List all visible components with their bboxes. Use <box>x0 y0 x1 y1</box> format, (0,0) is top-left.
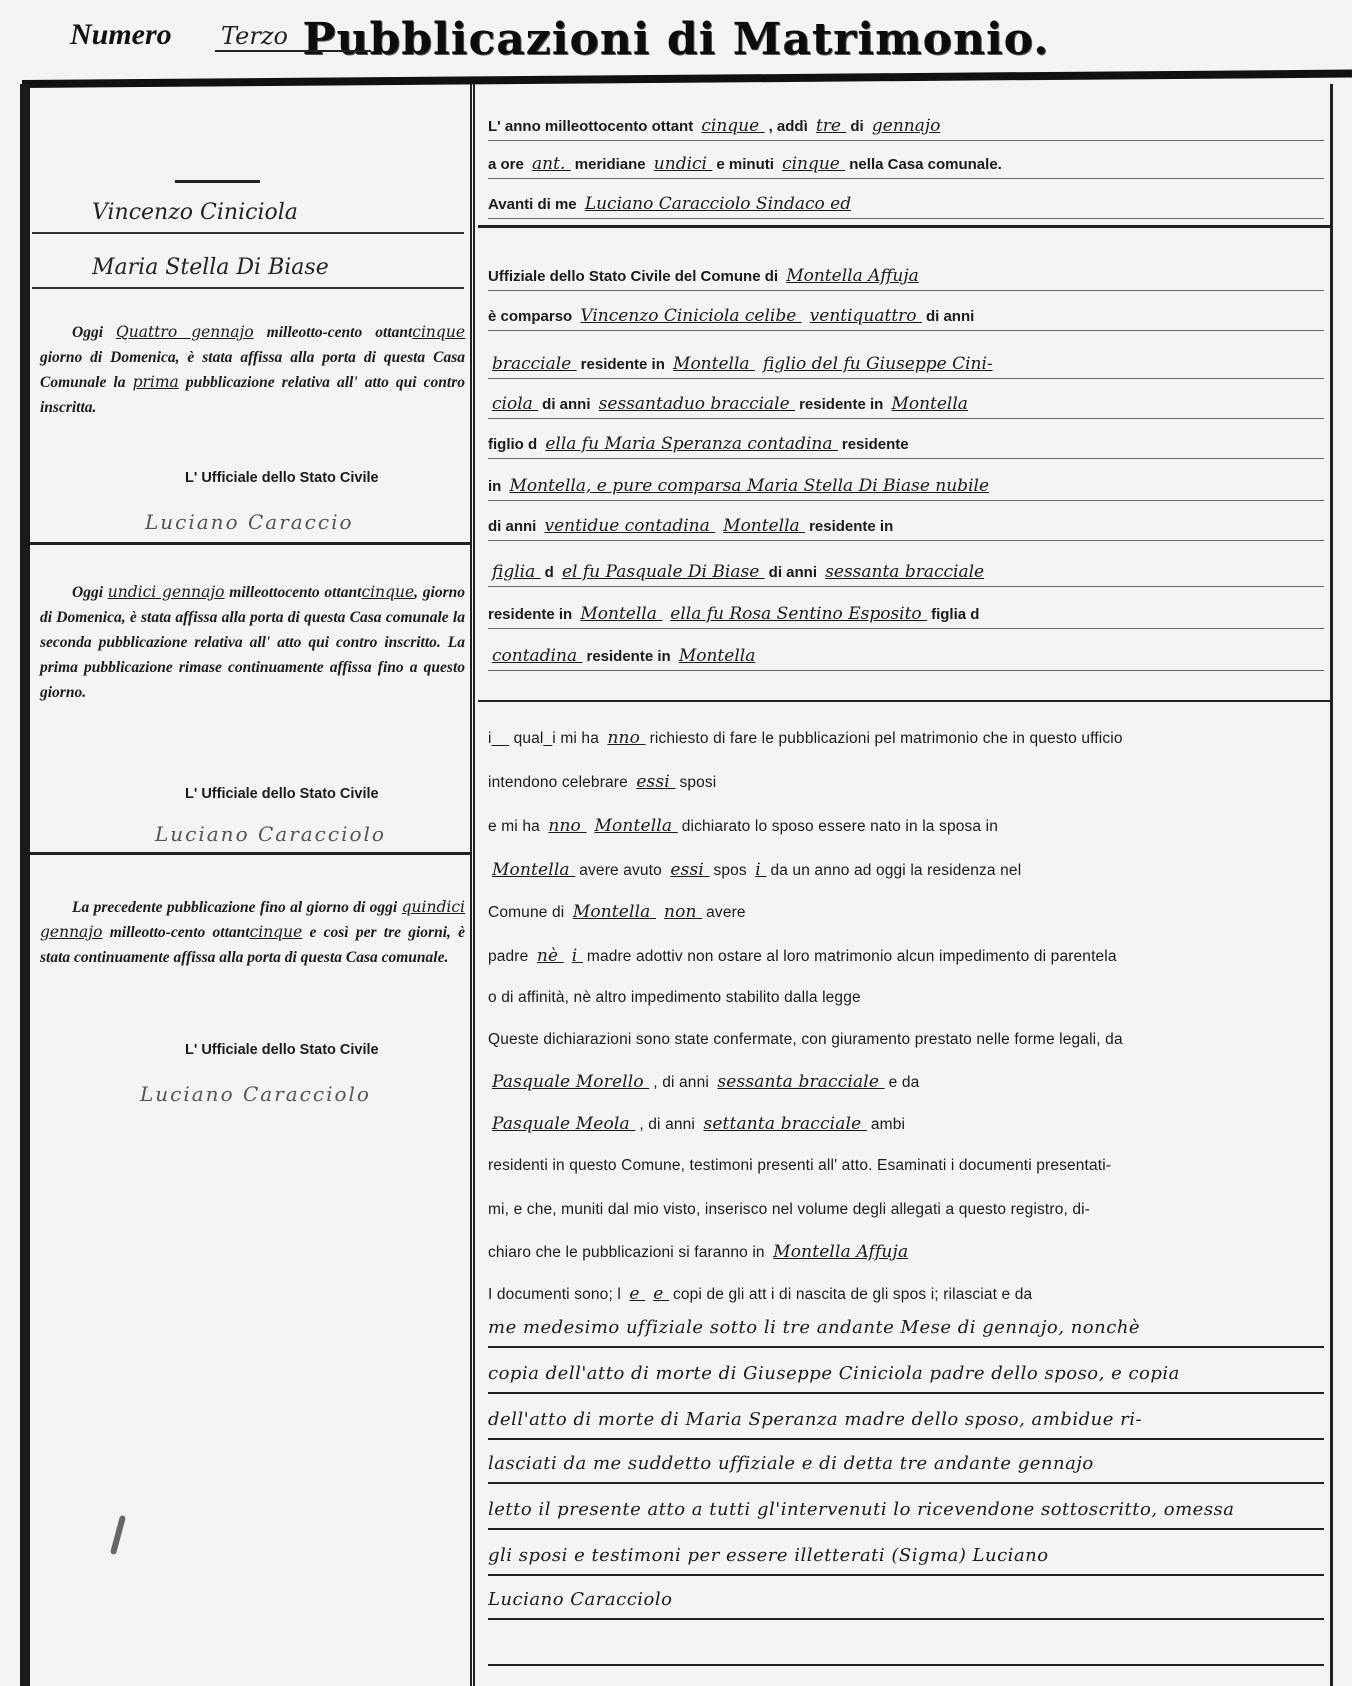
final-signature: Luciano Caracciolo <box>140 1082 371 1106</box>
officer-handwritten-field: Montella <box>679 646 756 666</box>
narrative-handwritten-field: Montella Affuja <box>773 1242 908 1262</box>
narrative-handwritten-field: Montella <box>594 816 677 836</box>
narrative-line: Queste dichiarazioni sono state conferma… <box>488 1026 1320 1054</box>
officer-line: in Montella, e pure comparsa Maria Stell… <box>488 472 1324 501</box>
officer-handwritten-field: bracciale <box>492 354 577 374</box>
first-officer-label: L' Ufficiale dello Stato Civile <box>185 470 379 486</box>
handwritten-body-line: gli sposi e testimoni per essere illette… <box>488 1538 1324 1576</box>
final-note-text: La precedente pubblicazione fino al gior… <box>40 895 465 970</box>
handwritten-body-line: letto il presente atto a tutti gl'interv… <box>488 1492 1324 1530</box>
officer-line: è comparso Vincenzo Ciniciola celibe ven… <box>488 302 1324 331</box>
final-note-text-1: La precedente pubblicazione fino al gior… <box>40 899 397 916</box>
groom-name: Vincenzo Ciniciola <box>32 200 464 234</box>
numero-label: Numero <box>70 18 172 52</box>
narrative-line: i__ qual_i mi ha nno richiesto di fare l… <box>488 724 1320 752</box>
second-publication-text-1: milleottocento ottant <box>229 584 361 601</box>
officer-printed-text: residente in <box>488 606 576 623</box>
numero-dash <box>175 180 260 183</box>
narrative-printed-text: i__ qual_i mi ha <box>488 730 603 747</box>
narrative-handwritten-field: nè <box>537 946 564 966</box>
narrative-printed-text: mi, e che, muniti dal mio visto, inseris… <box>488 1201 1090 1218</box>
page-title: Pubblicazioni di Matrimonio. <box>0 14 1352 65</box>
narrative-handwritten-field: i <box>755 860 766 880</box>
header-handwritten-field: cinque <box>782 154 845 174</box>
final-officer-label: L' Ufficiale dello Stato Civile <box>185 1042 379 1058</box>
header-handwritten-field: gennajo <box>872 116 940 136</box>
first-publication-date: Quattro gennajo <box>116 323 254 341</box>
narrative-printed-text: avere avuto <box>579 862 666 879</box>
final-note-text-2: milleotto-cento ottant <box>110 924 250 941</box>
officer-printed-text: residente <box>842 436 909 453</box>
second-publication-date: undici gennajo <box>108 583 225 601</box>
narrative-printed-text: richiesto di fare le pubblicazioni pel m… <box>650 730 1123 747</box>
narrative-printed-text: sposi <box>679 774 716 791</box>
frame-right-border <box>1330 84 1333 1686</box>
narrative-printed-text: e mi ha <box>488 818 544 835</box>
narrative-line: e mi ha nno Montella dichiarato lo sposo… <box>488 812 1320 840</box>
narrative-line: Pasquale Morello , di anni sessanta brac… <box>488 1068 1320 1096</box>
narrative-printed-text: spos <box>713 862 751 879</box>
handwritten-body-line: Luciano Caracciolo <box>488 1582 1324 1620</box>
officer-printed-text: residente in <box>799 396 887 413</box>
narrative-printed-text: I documenti sono; l <box>488 1286 625 1303</box>
header-handwritten-field: undici <box>654 154 713 174</box>
second-publication-text: Oggi undici gennajo milleottocento ottan… <box>40 580 465 705</box>
officer-line: figlio d ella fu Maria Speranza contadin… <box>488 430 1324 459</box>
narrative-printed-text: copi <box>673 1286 707 1303</box>
officer-printed-text: figlio d <box>488 436 541 453</box>
handwritten-body-line: me medesimo uffiziale sotto li tre andan… <box>488 1310 1324 1348</box>
narrative-handwritten-field: e <box>629 1284 645 1304</box>
narrative-printed-text: Comune di <box>488 904 569 921</box>
narrative-line: Montella avere avuto essi spos i da un a… <box>488 856 1320 884</box>
handwritten-body-line <box>488 1628 1324 1666</box>
second-publication-year: cinque <box>361 583 414 601</box>
narrative-printed-text: dichiarato lo sposo essere nato in <box>682 818 922 835</box>
narrative-handwritten-field: sessanta bracciale <box>717 1072 884 1092</box>
officer-printed-text: d <box>545 564 558 581</box>
narrative-printed-text: residenti in questo Comune, testimoni pr… <box>488 1157 1111 1174</box>
second-publication-prefix: Oggi <box>40 584 103 601</box>
narrative-line: o di affinità, nè altro impedimento stab… <box>488 984 1320 1012</box>
header-printed-text: L' anno milleottocento ottant <box>488 118 697 135</box>
narrative-handwritten-field: non <box>664 902 702 922</box>
officer-handwritten-field: Montella Affuja <box>786 266 919 286</box>
narrative-line: Pasquale Meola , di anni settanta bracci… <box>488 1110 1320 1138</box>
officer-handwritten-field: figlio del fu Giuseppe Cini- <box>763 354 993 374</box>
header-handwritten-field: cinque <box>701 116 764 136</box>
section-separator <box>30 852 470 855</box>
officer-printed-text: di anni <box>769 564 822 581</box>
header-line: L' anno milleottocento ottant cinque , a… <box>488 112 1324 141</box>
narrative-printed-text: e da <box>889 1074 920 1091</box>
officer-line: di anni ventidue contadina Montella resi… <box>488 512 1324 541</box>
frame-left-border <box>20 84 30 1686</box>
narrative-line: mi, e che, muniti dal mio visto, inseris… <box>488 1196 1320 1224</box>
narrative-printed-text: ambi <box>871 1116 905 1133</box>
header-line: Avanti di me Luciano Caracciolo Sindaco … <box>488 190 1324 219</box>
section-separator <box>30 542 470 545</box>
header-line: a ore ant. meridiane undici e minuti cin… <box>488 150 1324 179</box>
final-note-year: cinque <box>250 923 303 941</box>
header-handwritten-field: Luciano Caracciolo Sindaco ed <box>585 194 851 214</box>
officer-printed-text: residente in <box>809 518 893 535</box>
narrative-handwritten-field: Pasquale Morello <box>492 1072 649 1092</box>
narrative-handwritten-field: essi <box>670 860 709 880</box>
narrative-handwritten-field: Montella <box>492 860 575 880</box>
narrative-printed-text: intendono celebrare <box>488 774 632 791</box>
narrative-handwritten-field: settanta bracciale <box>703 1114 866 1134</box>
officer-handwritten-field: el fu Pasquale Di Biase <box>562 562 765 582</box>
narrative-printed-text: o di affinità, nè altro impedimento stab… <box>488 989 861 1006</box>
header-printed-text: Avanti di me <box>488 196 581 213</box>
officer-handwritten-field: Montella, e pure comparsa Maria Stella D… <box>510 476 990 496</box>
handwritten-body-line: dell'atto di morte di Maria Speranza mad… <box>488 1402 1324 1440</box>
bride-name: Maria Stella Di Biase <box>32 255 464 289</box>
officer-line: contadina residente in Montella <box>488 642 1324 671</box>
officer-printed-text: di anni <box>488 518 541 535</box>
narrative-line: intendono celebrare essi sposi <box>488 768 1320 796</box>
narrative-handwritten-field: nno <box>607 728 645 748</box>
header-printed-text: , addì <box>769 118 812 135</box>
officer-handwritten-field: Montella <box>580 604 662 624</box>
narrative-printed-text: , di anni <box>639 1116 699 1133</box>
officer-line: residente in Montella ella fu Rosa Senti… <box>488 600 1324 629</box>
handwritten-body-line: lasciati da me suddetto uffiziale e di d… <box>488 1446 1324 1484</box>
narrative-handwritten-field: Pasquale Meola <box>492 1114 635 1134</box>
header-printed-text: nella Casa comunale. <box>849 156 1002 173</box>
officer-printed-text: in <box>488 478 506 495</box>
officer-handwritten-field: ventiquattro <box>810 306 922 326</box>
officer-handwritten-field: Vincenzo Ciniciola celibe <box>580 306 801 326</box>
officer-line: Uffiziale dello Stato Civile del Comune … <box>488 262 1324 291</box>
officer-printed-text: residente in <box>581 356 669 373</box>
officer-handwritten-field: sessantaduo bracciale <box>599 394 795 414</box>
header-handwritten-field: tre <box>816 116 846 136</box>
officer-handwritten-field: figlia <box>492 562 541 582</box>
first-publication-text-1: milleotto-cento ottant <box>267 324 413 341</box>
officer-printed-text: residente in <box>586 648 674 665</box>
narrative-line: padre nè i madre adottiv non ostare al l… <box>488 942 1320 970</box>
narrative-line: I documenti sono; l e e copi de gli att … <box>488 1280 1320 1308</box>
narrative-printed-text: chiaro che le pubblicazioni si faranno i… <box>488 1244 769 1261</box>
narrative-printed-text: la sposa in <box>922 818 998 835</box>
officer-handwritten-field: sessanta bracciale <box>825 562 984 582</box>
narrative-line: Comune di Montella non avere <box>488 898 1320 926</box>
header-printed-text: e minuti <box>716 156 778 173</box>
first-publication-year: cinque <box>412 323 465 341</box>
handwritten-body-line: copia dell'atto di morte di Giuseppe Cin… <box>488 1356 1324 1394</box>
officer-line: ciola di anni sessantaduo bracciale resi… <box>488 390 1324 419</box>
narrative-handwritten-field: e <box>653 1284 669 1304</box>
officer-printed-text: di anni <box>542 396 595 413</box>
first-publication-text: Oggi Quattro gennajo milleotto-cento ott… <box>40 320 465 420</box>
officer-handwritten-field: ciola <box>492 394 538 414</box>
officer-printed-text: di anni <box>926 308 974 325</box>
narrative-handwritten-field: Montella <box>573 902 656 922</box>
narrative-handwritten-field: essi <box>636 772 675 792</box>
first-signature: Luciano Caraccio <box>145 510 354 534</box>
narrative-printed-text: Queste dichiarazioni sono state conferma… <box>488 1031 1123 1048</box>
narrative-printed-text: non ostare al loro matrimonio alcun impe… <box>687 948 1116 965</box>
header-printed-text: di <box>850 118 868 135</box>
officer-handwritten-field: ella fu Rosa Sentino Esposito <box>670 604 927 624</box>
officer-printed-text: è comparso <box>488 308 576 325</box>
officer-handwritten-field: ventidue contadina <box>545 516 716 536</box>
header-rule <box>478 225 1330 228</box>
second-signature: Luciano Caracciolo <box>155 822 386 846</box>
officer-handwritten-field: Montella <box>891 394 968 414</box>
header-printed-text: a ore <box>488 156 528 173</box>
narrative-printed-text: padre <box>488 948 533 965</box>
column-divider <box>470 84 475 1686</box>
officer-handwritten-field: ella fu Maria Speranza contadina <box>545 434 838 454</box>
narrative-line: residenti in questo Comune, testimoni pr… <box>488 1152 1320 1180</box>
header-handwritten-field: ant. <box>532 154 571 174</box>
header-printed-text: meridiane <box>575 156 650 173</box>
narrative-line: chiaro che le pubblicazioni si faranno i… <box>488 1238 1320 1266</box>
narrative-handwritten-field: i <box>572 946 583 966</box>
ink-mark <box>110 1515 126 1555</box>
officer-printed-text: Uffiziale dello Stato Civile del Comune … <box>488 268 782 285</box>
officer-printed-text: figlia d <box>931 606 979 623</box>
officer-line: figlia d el fu Pasquale Di Biase di anni… <box>488 558 1324 587</box>
officer-handwritten-field: contadina <box>492 646 582 666</box>
first-publication-ordinal: prima <box>133 373 179 391</box>
numero-value: Terzo <box>215 22 371 52</box>
narrative-printed-text: , di anni <box>653 1074 713 1091</box>
narrative-printed-text: de gli att i di nascita de gli spos i; r… <box>706 1286 1032 1303</box>
parties-rule <box>478 700 1330 702</box>
top-rule <box>22 70 1352 88</box>
narrative-printed-text: da un anno ad oggi la residenza nel <box>770 862 1021 879</box>
officer-handwritten-field: Montella <box>673 354 755 374</box>
narrative-printed-text: madre adottiv <box>587 948 687 965</box>
officer-line: bracciale residente in Montella figlio d… <box>488 350 1324 379</box>
narrative-handwritten-field: nno <box>548 816 586 836</box>
second-publication-text-2: , giorno di Domenica, è stata affissa al… <box>40 584 465 701</box>
narrative-printed-text: avere <box>706 904 746 921</box>
officer-handwritten-field: Montella <box>723 516 805 536</box>
second-officer-label: L' Ufficiale dello Stato Civile <box>185 786 379 802</box>
first-publication-prefix: Oggi <box>40 324 103 341</box>
